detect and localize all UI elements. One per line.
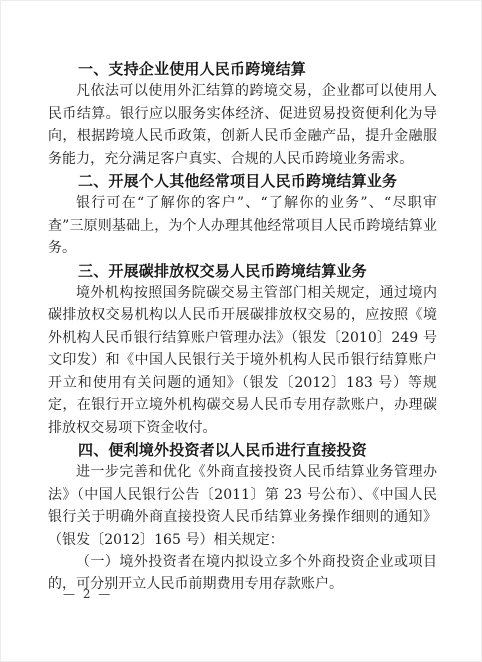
section-personal-current-account: 二、开展个人其他经常项目人民币跨境结算业务 银行可在“了解你的客户”、“了解你的… bbox=[48, 170, 437, 260]
section-heading: 四、便利境外投资者以人民币进行直接投资 bbox=[48, 439, 437, 461]
section-paragraph: 进一步完善和优化《外商直接投资人民币结算业务管理办法》（中国人民银行公告〔201… bbox=[48, 461, 437, 551]
section-paragraph: 凡依法可以使用外汇结算的跨境交易，企业都可以使用人民币结算。银行应以服务实体经济… bbox=[48, 80, 437, 170]
section-paragraph: 银行可在“了解你的客户”、“了解你的业务”、“尽职审查”三原则基础上，为个人办理… bbox=[48, 192, 437, 259]
section-heading: 一、支持企业使用人民币跨境结算 bbox=[48, 58, 437, 80]
section-heading: 二、开展个人其他经常项目人民币跨境结算业务 bbox=[48, 170, 437, 192]
section-paragraph: 境外机构按照国务院碳交易主管部门相关规定，通过境内碳排放权交易机构以人民币开展碳… bbox=[48, 282, 437, 439]
section-carbon-trading-settlement: 三、开展碳排放权交易人民币跨境结算业务 境外机构按照国务院碳交易主管部门相关规定… bbox=[48, 260, 437, 439]
section-support-enterprise-settlement: 一、支持企业使用人民币跨境结算 凡依法可以使用外汇结算的跨境交易，企业都可以使用… bbox=[48, 58, 437, 170]
section-heading: 三、开展碳排放权交易人民币跨境结算业务 bbox=[48, 260, 437, 282]
section-direct-investment: 四、便利境外投资者以人民币进行直接投资 进一步完善和优化《外商直接投资人民币结算… bbox=[48, 439, 437, 596]
document-content: 一、支持企业使用人民币跨境结算 凡依法可以使用外汇结算的跨境交易，企业都可以使用… bbox=[48, 58, 437, 596]
document-page: 一、支持企业使用人民币跨境结算 凡依法可以使用外汇结算的跨境交易，企业都可以使用… bbox=[0, 0, 482, 662]
page-number: — 2 — bbox=[63, 587, 112, 601]
